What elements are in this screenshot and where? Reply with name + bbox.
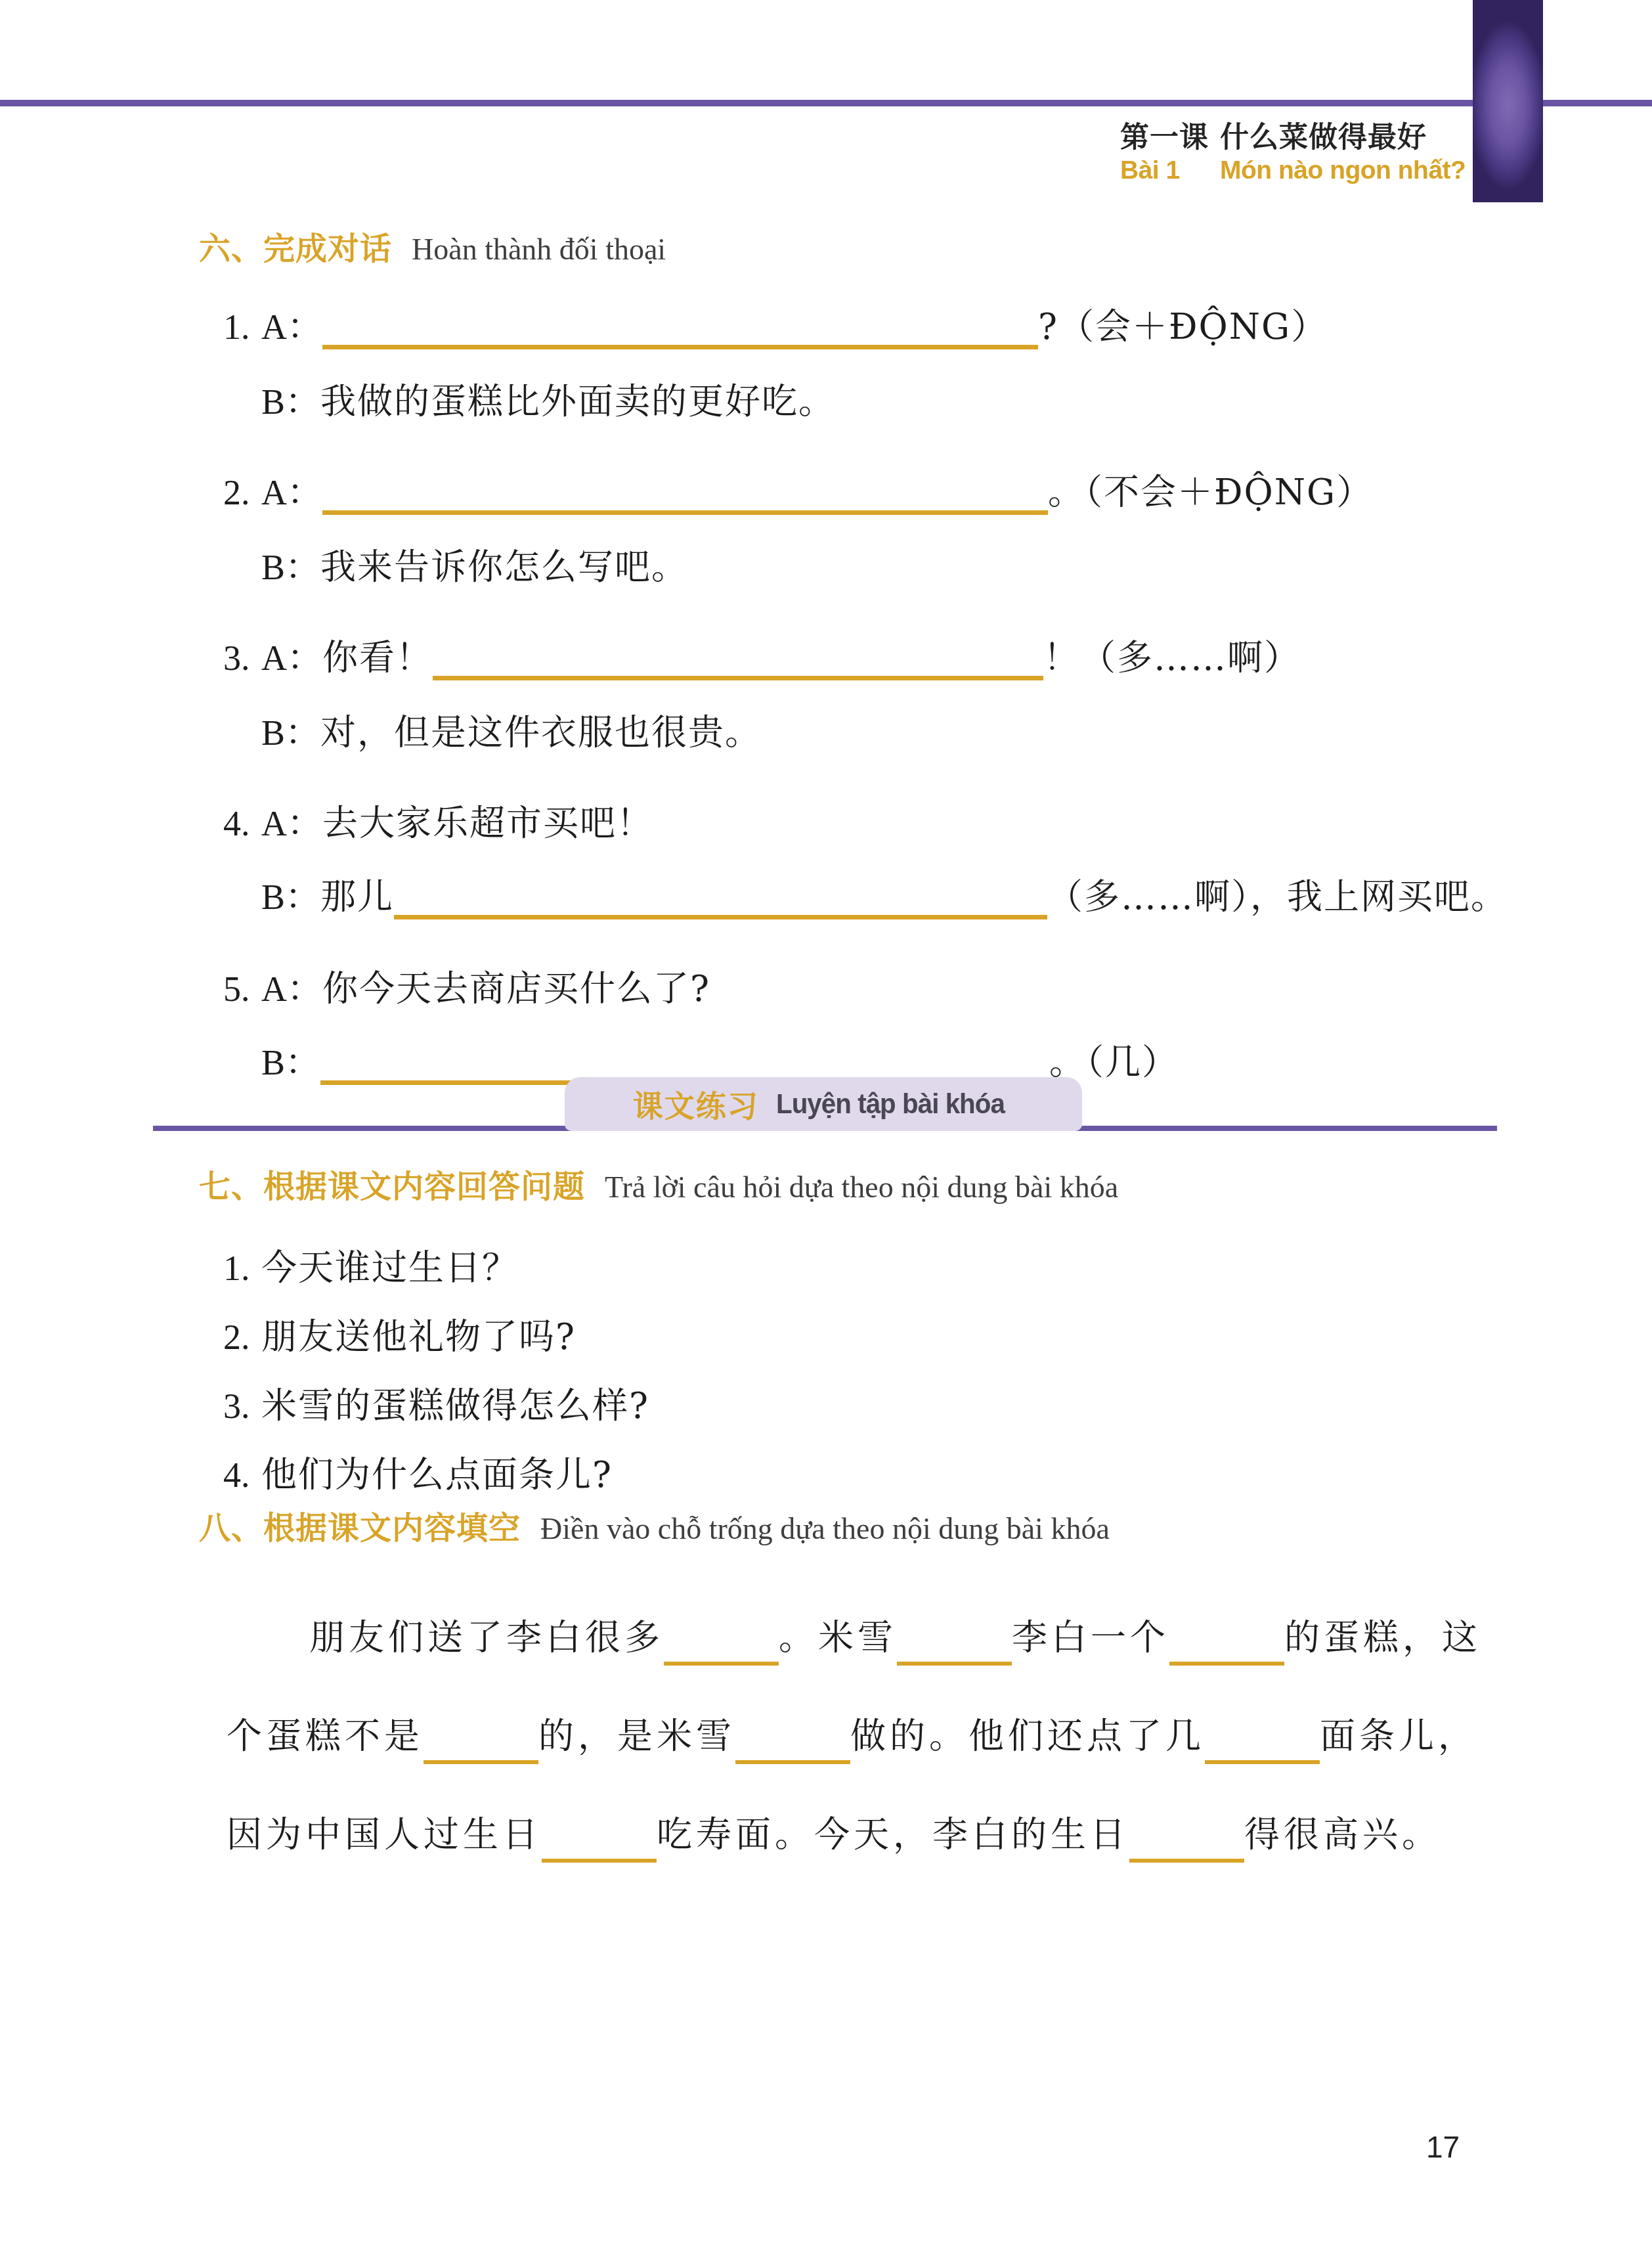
- dialogue-line-b: B： 那儿（多……啊），我上网买吧。: [223, 876, 1578, 919]
- answer-blank[interactable]: [735, 1754, 850, 1764]
- text-segment: 你今天去商店买什么了?: [322, 968, 710, 1009]
- text-segment: 我做的蛋糕比外面卖的更好吃。: [320, 381, 835, 422]
- dialogue-item-2: 2. A： 。（不会＋ĐỘNG） B： 我来告诉你怎么写吧。: [223, 472, 1578, 588]
- dialogue-line-b: B： 对，但是这件衣服也很贵。: [223, 712, 1578, 754]
- dialogue-content-b: 我来告诉你怎么写吧。: [320, 546, 688, 588]
- speaker-label-a: A：: [261, 968, 322, 1010]
- exercise-eight-title-zh: 八、根据课文内容填空: [199, 1511, 521, 1547]
- answer-blank[interactable]: [424, 1754, 538, 1764]
- answer-blank[interactable]: [1205, 1754, 1320, 1764]
- text-segment: 朋友们送了李白很多: [309, 1617, 664, 1658]
- question-text: 今天谁过生日？: [261, 1248, 519, 1289]
- answer-blank[interactable]: [394, 908, 1047, 919]
- answer-blank[interactable]: [1129, 1852, 1244, 1863]
- fill-in-paragraph-line-3: 因为中国人过生日吃寿面。今天，李白的生日得很高兴。: [227, 1807, 1611, 1905]
- text-segment: 去大家乐超市买吧！: [322, 803, 653, 844]
- answer-blank[interactable]: [322, 338, 1038, 349]
- question-number: 1.: [223, 1248, 261, 1289]
- text-segment: 吃寿面。今天，李白的生日: [657, 1814, 1129, 1855]
- dialogue-content-a: 去大家乐超市买吧！: [322, 803, 653, 845]
- question-row-4: 4. 他们为什么点面条儿?: [223, 1455, 1578, 1495]
- text-practice-banner: 课文练习 Luyện tập bài khóa: [565, 1077, 1082, 1131]
- dialogue-line-a: 4. A： 去大家乐超市买吧！: [223, 803, 1578, 845]
- speaker-label-a: A：: [261, 803, 322, 845]
- exercise-seven-heading: 七、根据课文内容回答问题 Trả lời câu hỏi dựa theo nộ…: [199, 1169, 1578, 1206]
- answer-blank[interactable]: [897, 1655, 1012, 1666]
- text-segment: ！（多……啊）: [1043, 637, 1301, 678]
- speaker-label-b: B：: [261, 381, 320, 423]
- banner-title-zh: 课文练习: [633, 1082, 759, 1126]
- text-segment: （多……啊），我上网买吧。: [1047, 876, 1508, 918]
- speaker-label-a: A：: [261, 472, 322, 514]
- answer-blank[interactable]: [664, 1655, 779, 1666]
- answer-blank[interactable]: [433, 669, 1043, 680]
- question-number: 3.: [223, 1386, 261, 1427]
- speaker-label-a: A：: [261, 637, 322, 679]
- header-rule: [0, 100, 1652, 106]
- lesson-header-vi-row: Bài 1 Món nào ngon nhất?: [1120, 155, 1466, 187]
- item-number: 1.: [223, 306, 261, 348]
- text-segment: 个蛋糕不是: [227, 1716, 424, 1757]
- text-segment: 李白一个: [1012, 1617, 1169, 1658]
- question-list: 1. 今天谁过生日？ 2. 朋友送他礼物了吗? 3. 米雪的蛋糕做得怎么样? 4…: [199, 1248, 1578, 1495]
- dialogue-item-4: 4. A： 去大家乐超市买吧！ B： 那儿（多……啊），我上网买吧。: [223, 803, 1578, 919]
- speaker-label-b: B：: [261, 1042, 320, 1084]
- exercise-eight-title-vi: Điền vào chỗ trống dựa theo nội dung bài…: [540, 1511, 1110, 1546]
- fill-in-paragraph: 朋友们送了李白很多。米雪李白一个的蛋糕，这 个蛋糕不是的，是米雪做的。他们还点了…: [227, 1610, 1611, 1905]
- fill-in-paragraph-line-2: 个蛋糕不是的，是米雪做的。他们还点了几面条儿，: [227, 1708, 1611, 1807]
- dialogue-content-a: ?（会＋ĐỘNG）: [322, 306, 1328, 349]
- item-number: 3.: [223, 637, 261, 679]
- fill-in-paragraph-line-1: 朋友们送了李白很多。米雪李白一个的蛋糕，这: [227, 1610, 1611, 1708]
- text-segment: 那儿: [320, 876, 394, 918]
- exercise-six-title-vi: Hoàn thành đối thoại: [412, 232, 666, 267]
- banner-title-vi: Luyện tập bài khóa: [776, 1088, 1005, 1120]
- text-segment: ?（会＋ĐỘNG）: [1038, 306, 1328, 347]
- speaker-label-a: A：: [261, 306, 322, 348]
- answer-blank[interactable]: [1169, 1655, 1284, 1666]
- dialogue-item-5: 5. A： 你今天去商店买什么了? B： 。（几）: [223, 968, 1578, 1085]
- dialogue-content-a: 你今天去商店买什么了?: [322, 968, 710, 1010]
- dialogue-line-b: B： 我来告诉你怎么写吧。: [223, 546, 1578, 588]
- item-number: 5.: [223, 968, 261, 1010]
- answer-blank[interactable]: [322, 504, 1048, 515]
- speaker-label-b: B：: [261, 876, 320, 918]
- question-text: 朋友送他礼物了吗?: [261, 1317, 576, 1358]
- text-segment: 。（不会＋ĐỘNG）: [1048, 472, 1373, 513]
- dialogue-content-b: 对，但是这件衣服也很贵。: [320, 712, 762, 754]
- exercise-seven-title-vi: Trả lời câu hỏi dựa theo nội dung bài kh…: [605, 1170, 1118, 1205]
- lesson-title-zh: 什么菜做得最好: [1220, 121, 1427, 155]
- lesson-title-vi: Món nào ngon nhất?: [1220, 155, 1466, 187]
- text-segment: 做的。他们还点了几: [850, 1716, 1205, 1757]
- item-number: 4.: [223, 803, 261, 845]
- exercise-eight-heading: 八、根据课文内容填空 Điền vào chỗ trống dựa theo n…: [199, 1511, 1611, 1547]
- question-row-2: 2. 朋友送他礼物了吗?: [223, 1317, 1578, 1358]
- text-segment: 对，但是这件衣服也很贵。: [320, 712, 762, 753]
- text-segment: 得很高兴。: [1244, 1814, 1441, 1855]
- exercise-seven-title-zh: 七、根据课文内容回答问题: [199, 1169, 585, 1206]
- question-row-1: 1. 今天谁过生日？: [223, 1248, 1578, 1289]
- lesson-header: 第一课 什么菜做得最好 Bài 1 Món nào ngon nhất?: [1120, 121, 1466, 187]
- dialogue-content-a: 你看！！（多……啊）: [322, 637, 1301, 680]
- exercise-eight: 八、根据课文内容填空 Điền vào chỗ trống dựa theo n…: [199, 1511, 1611, 1905]
- dialogue-line-a: 1. A： ?（会＋ĐỘNG）: [223, 306, 1578, 349]
- corner-tab-decoration: [1473, 0, 1543, 202]
- speaker-label-b: B：: [261, 546, 320, 588]
- dialogue-content-b: 我做的蛋糕比外面卖的更好吃。: [320, 381, 835, 423]
- exercise-six: 六、完成对话 Hoàn thành đối thoại 1. A： ?（会＋ĐỘ…: [199, 231, 1578, 1134]
- question-number: 2.: [223, 1317, 261, 1358]
- lesson-number-zh: 第一课: [1120, 121, 1220, 155]
- text-segment: 的，是米雪: [538, 1716, 735, 1757]
- dialogue-line-b: B： 我做的蛋糕比外面卖的更好吃。: [223, 381, 1578, 423]
- lesson-header-zh-row: 第一课 什么菜做得最好: [1120, 121, 1466, 155]
- answer-blank[interactable]: [542, 1852, 657, 1863]
- exercise-six-heading: 六、完成对话 Hoàn thành đối thoại: [199, 231, 1578, 268]
- lesson-number-vi: Bài 1: [1120, 155, 1220, 187]
- text-segment: 的蛋糕，这: [1284, 1617, 1481, 1658]
- text-segment: 我来告诉你怎么写吧。: [320, 546, 688, 588]
- item-number: 2.: [223, 472, 261, 514]
- dialogue-content-b: 那儿（多……啊），我上网买吧。: [320, 876, 1508, 919]
- speaker-label-b: B：: [261, 712, 320, 754]
- text-segment: 面条儿，: [1320, 1716, 1477, 1757]
- dialogue-item-3: 3. A： 你看！！（多……啊） B： 对，但是这件衣服也很贵。: [223, 637, 1578, 754]
- dialogue-line-a: 3. A： 你看！！（多……啊）: [223, 637, 1578, 680]
- text-segment: 因为中国人过生日: [227, 1814, 542, 1855]
- text-segment: 。米雪: [779, 1617, 897, 1658]
- dialogue-content-a: 。（不会＋ĐỘNG）: [322, 472, 1373, 515]
- question-row-3: 3. 米雪的蛋糕做得怎么样?: [223, 1386, 1578, 1427]
- dialogue-list: 1. A： ?（会＋ĐỘNG） B： 我做的蛋糕比外面卖的更好吃。 2. A： …: [199, 306, 1578, 1085]
- exercise-six-title-zh: 六、完成对话: [199, 231, 392, 268]
- question-text: 他们为什么点面条儿?: [261, 1455, 613, 1495]
- page-number: 17: [1426, 2129, 1460, 2165]
- workbook-page: 第一课 什么菜做得最好 Bài 1 Món nào ngon nhất? 六、完…: [0, 0, 1652, 2258]
- text-segment: 你看！: [322, 637, 433, 678]
- exercise-seven: 七、根据课文内容回答问题 Trả lời câu hỏi dựa theo nộ…: [199, 1169, 1578, 1524]
- question-text: 米雪的蛋糕做得怎么样?: [261, 1386, 649, 1427]
- question-number: 4.: [223, 1455, 261, 1495]
- dialogue-line-a: 2. A： 。（不会＋ĐỘNG）: [223, 472, 1578, 515]
- dialogue-item-1: 1. A： ?（会＋ĐỘNG） B： 我做的蛋糕比外面卖的更好吃。: [223, 306, 1578, 423]
- dialogue-line-a: 5. A： 你今天去商店买什么了?: [223, 968, 1578, 1010]
